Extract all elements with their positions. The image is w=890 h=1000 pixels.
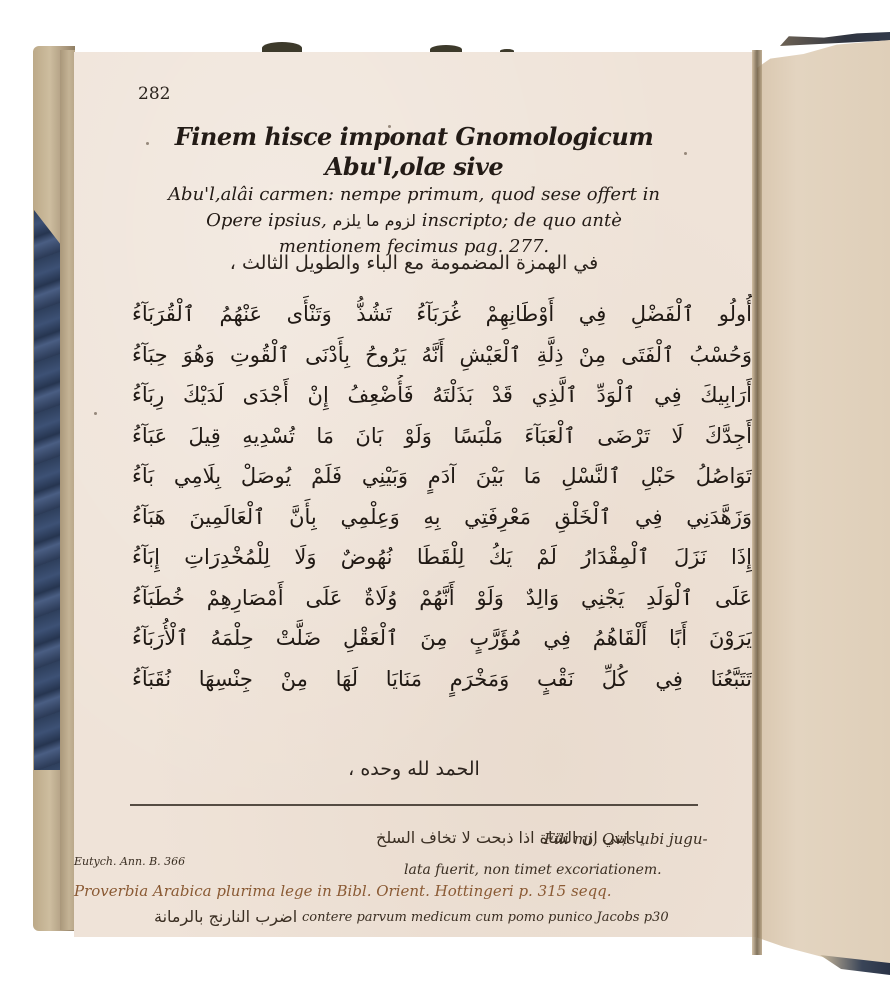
book-page: 282 Finem hisce imponat Gnomologicum Abu…	[74, 52, 756, 937]
poem-verse: وَزَهَّدَنِي فِي ٱلْخَلْقِ مَعْرِفَتِي ب…	[132, 497, 752, 538]
poem-verse: وَحُسْبُ ٱلْفَتَى مِنْ ذِلَّةِ ٱلْعَيْشِ…	[132, 335, 752, 376]
foxing-spot	[146, 142, 149, 145]
foxing-spot	[684, 152, 687, 155]
foxing-spot	[94, 412, 97, 415]
book-photograph: 282 Finem hisce imponat Gnomologicum Abu…	[0, 0, 890, 1000]
handwritten-reference: Eutych. Ann. B. 366	[74, 855, 185, 868]
handwritten-proverbia-note: Proverbia Arabica plurima lege in Bibl. …	[74, 882, 612, 900]
poem-verse: أَجِدَّكَ لَا تَرْضَى ٱلْعَبَآءَ مَلْبَس…	[132, 416, 752, 457]
poem-verse: أُولُو ٱلْفَضْلِ فِي أَوْطَانِهِمْ غُرَب…	[132, 294, 752, 335]
poem-verse: تَتَبَّعُنَا فِي كُلِّ نَقْبٍ وَمَخْرَمٍ…	[132, 659, 752, 700]
heading-line-1: Finem hisce imponat Gnomologicum Abu'l,o…	[124, 122, 704, 182]
heading-line-3: Opere ipsius, لزوم ما يلزم inscripto; de…	[124, 208, 704, 234]
handwritten-latin-translation-2: lata fuerit, non timet excoriationem.	[404, 862, 662, 878]
page-number: 282	[138, 84, 170, 104]
handwritten-arabic-proverb-2: اضرب النارنج بالرمانة	[154, 907, 297, 926]
horizontal-rule	[130, 804, 698, 806]
page-heading: Finem hisce imponat Gnomologicum Abu'l,o…	[124, 122, 704, 260]
handwritten-latin-translation-3: contere parvum medicum cum pomo punico J…	[302, 910, 669, 925]
poem-verse: يَرَوْنَ أَبًا أَلْقَاهُمُ فِي مُؤَرَّبٍ…	[132, 618, 752, 659]
poem-verse: إِذَا نَزَلَ ٱلْمِقْدَارُ لَمْ يَكُ لِلْ…	[132, 537, 752, 578]
binding-inner-edge	[60, 50, 75, 930]
heading-line-2: Abu'l,alâi carmen: nempe primum, quod se…	[124, 182, 704, 208]
handwritten-latin-translation-1: Fili mi, Ovis ubi jugu-	[544, 830, 708, 848]
page-gutter	[752, 50, 762, 955]
foxing-spot	[388, 125, 391, 128]
arabic-poem: أُولُو ٱلْفَضْلِ فِي أَوْطَانِهِمْ غُرَب…	[132, 294, 752, 699]
heading-line-3-before: Opere ipsius,	[206, 210, 327, 231]
arabic-subtitle: في الهمزة المضمومة مع الباء والطويل الثا…	[174, 252, 654, 274]
heading-arabic-title: لزوم ما يلزم	[333, 211, 416, 230]
poem-verse: أَرَابِيكَ فِي ٱلْوَدِّ ٱلَّذِي قَدْ بَذ…	[132, 375, 752, 416]
closing-doxology: الحمد لله وحده ،	[274, 758, 554, 780]
right-flyleaf	[757, 40, 890, 970]
poem-verse: عَلَى ٱلْوَلَدِ يَجْنِي وَالِدٌ وَلَوْ أ…	[132, 578, 752, 619]
marbled-cover	[34, 210, 60, 770]
poem-verse: تَوَاصُلُ حَبْلِ ٱلنَّسْلِ مَا بَيْنَ آد…	[132, 456, 752, 497]
heading-line-3-after: inscripto; de quo antè	[422, 210, 622, 231]
